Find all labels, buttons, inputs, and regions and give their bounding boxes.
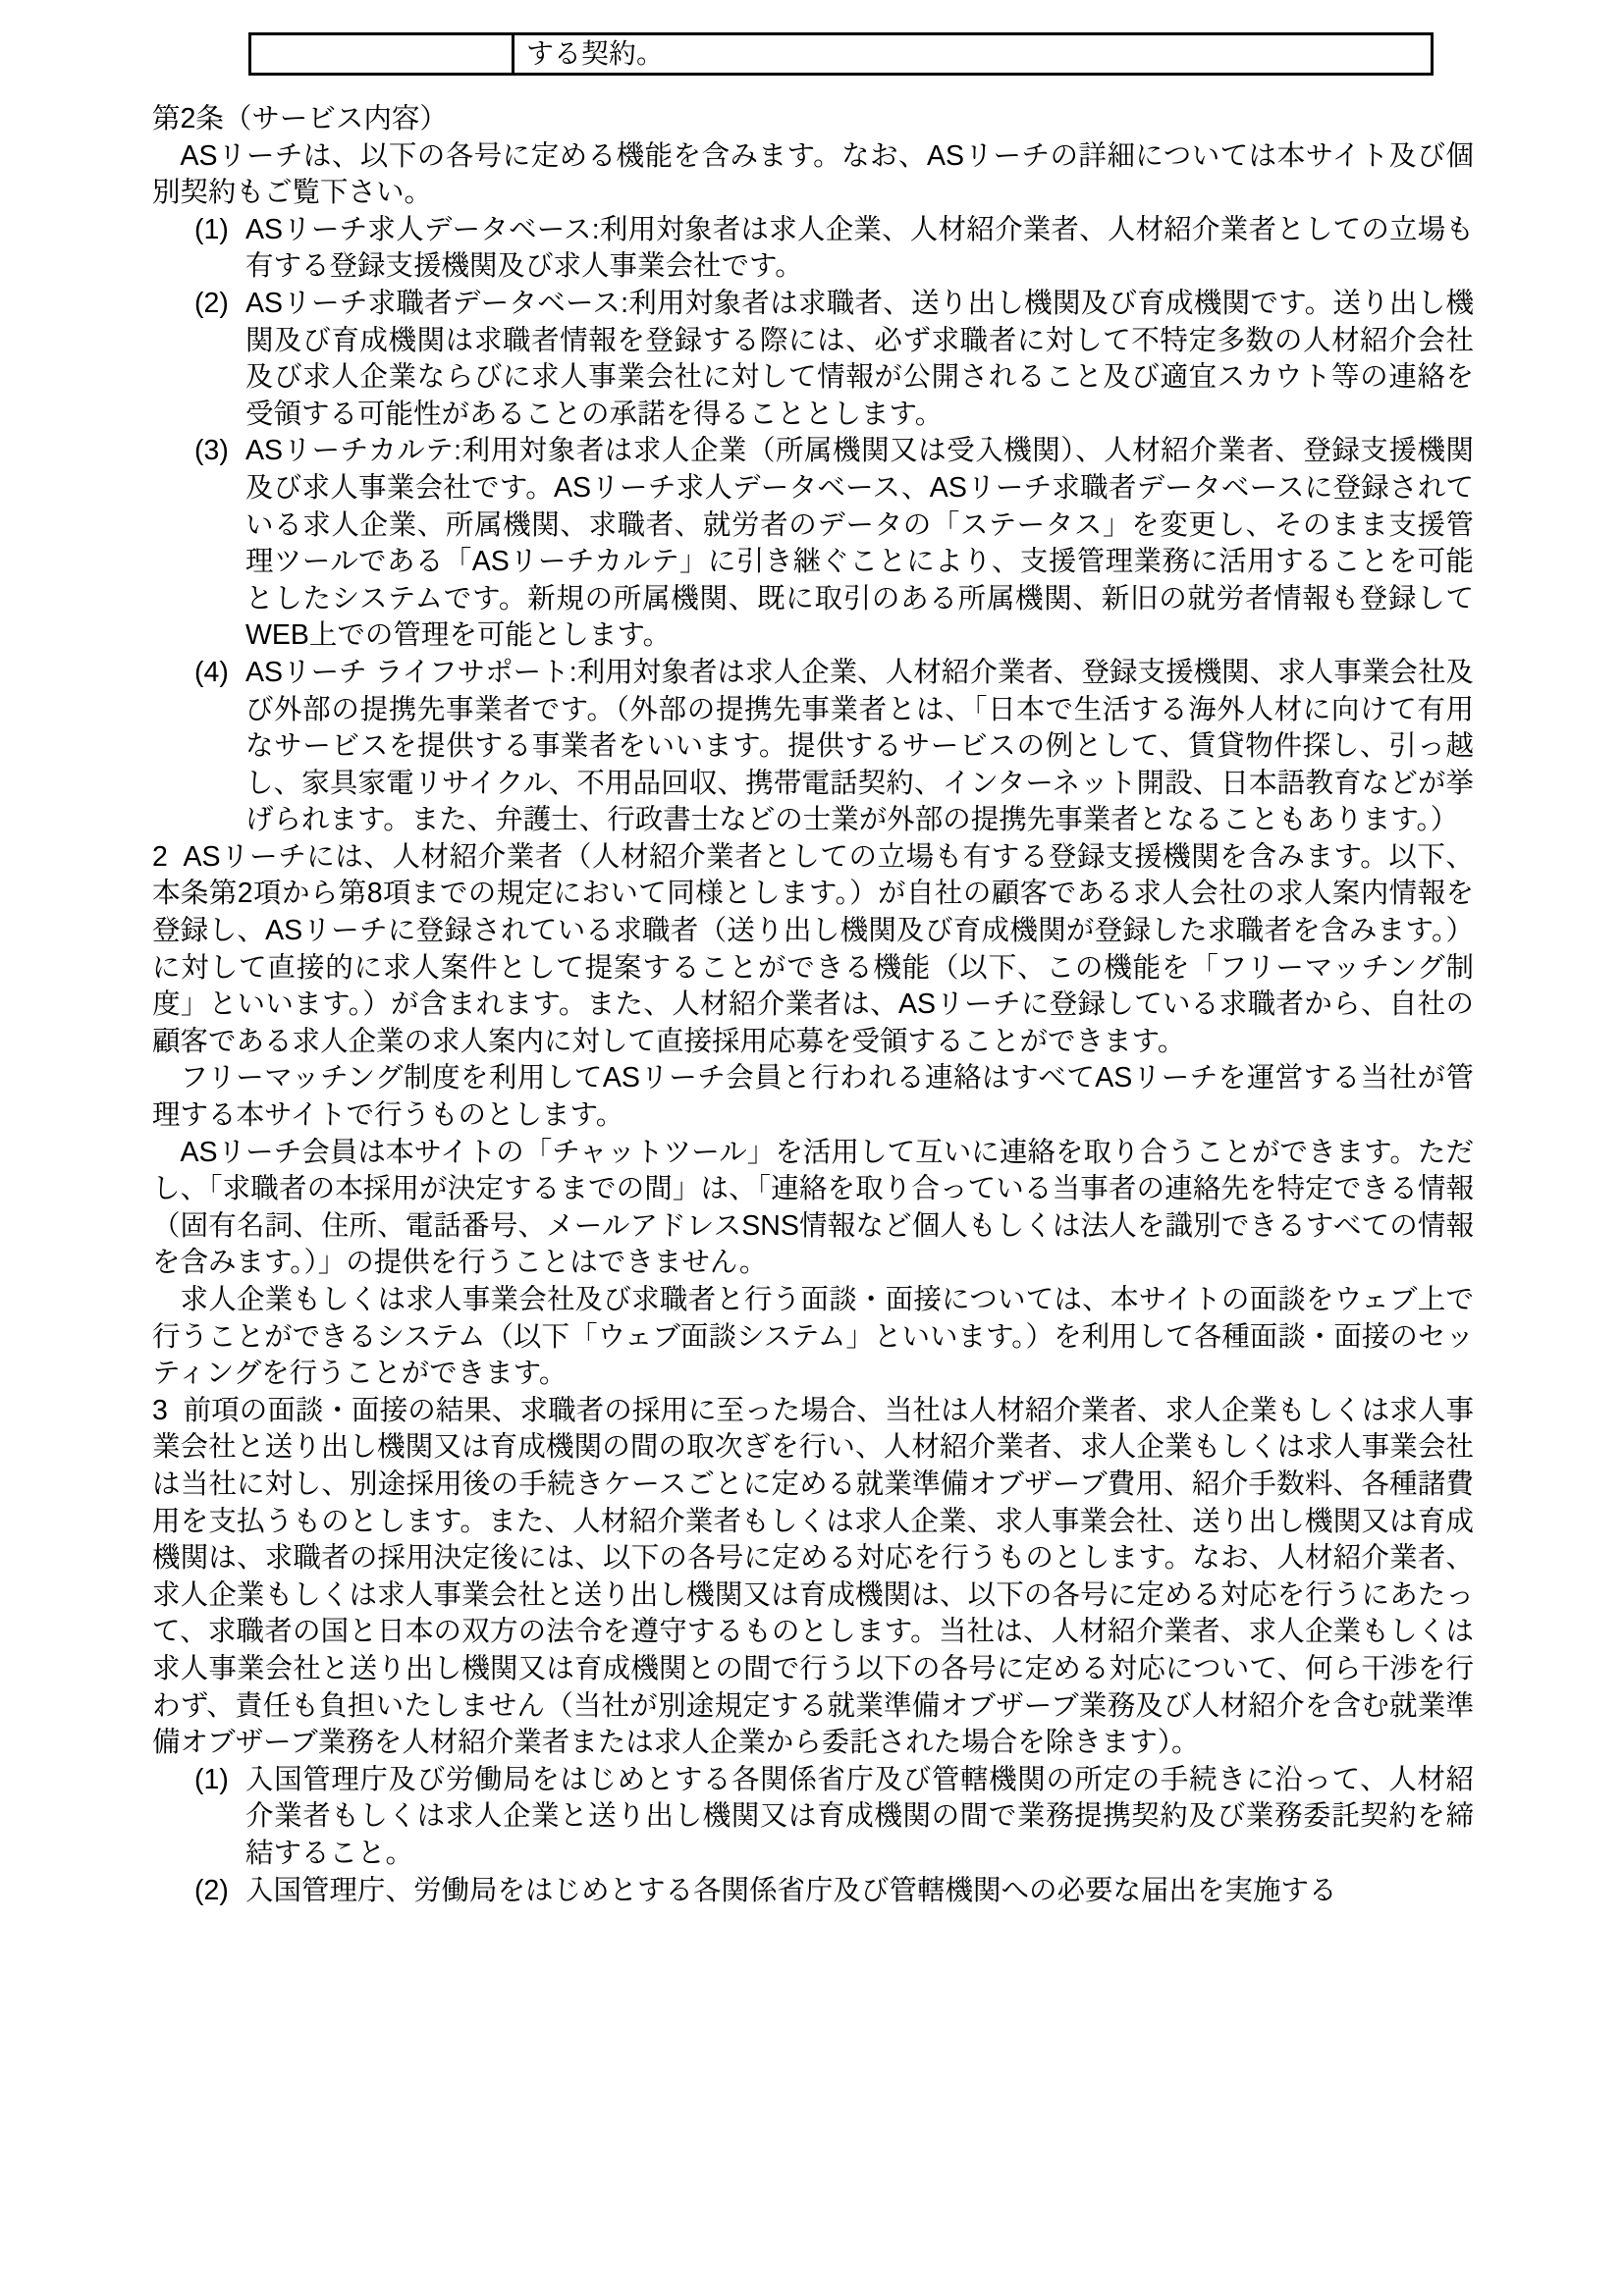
list-item: (2)入国管理庁、労働局をはじめとする各関係省庁及び管轄機関への必要な届出を実施… [152, 1873, 1474, 1910]
item-number: (2) [194, 286, 229, 323]
document-page: する契約。 第2条（サービス内容） ASリーチは、以下の各号に定める機能を含みま… [0, 0, 1624, 2296]
item-number: (3) [194, 433, 229, 470]
table-cell-empty [251, 35, 514, 73]
paragraph-text: ASリーチ会員は本サイトの「チャットツール」を活用して互いに連絡を取り合うことが… [152, 1137, 1474, 1279]
item-number: (1) [194, 1762, 229, 1799]
paragraph-text: ASリーチには、人材紹介業者（人材紹介業者としての立場も有する登録支援機関を含み… [152, 841, 1474, 1057]
paragraph: ASリーチ会員は本サイトの「チャットツール」を活用して互いに連絡を取り合うことが… [152, 1135, 1474, 1282]
list-item: (4)ASリーチ ライフサポート:利用対象者は求人企業、人材紹介業者、登録支援機… [152, 655, 1474, 839]
paragraph: ASリーチは、以下の各号に定める機能を含みます。なお、ASリーチの詳細については… [152, 138, 1474, 212]
paragraph-text: ASリーチ求人データベース:利用対象者は求人企業、人材紹介業者、人材紹介業者とし… [245, 214, 1474, 283]
paragraph-text: フリーマッチング制度を利用してASリーチ会員と行われる連絡はすべてASリーチを運… [152, 1062, 1474, 1131]
paragraph: 求人企業もしくは求人事業会社及び求職者と行う面談・面接については、本サイトの面談… [152, 1282, 1474, 1393]
paragraph-text: ASリーチ ライフサポート:利用対象者は求人企業、人材紹介業者、登録支援機関、求… [245, 657, 1474, 835]
paragraph-text: 前項の面談・面接の結果、求職者の採用に至った場合、当社は人材紹介業者、求人企業も… [152, 1395, 1474, 1758]
list-item: (2)ASリーチ求職者データベース:利用対象者は求職者、送り出し機関及び育成機関… [152, 286, 1474, 433]
article-body: ASリーチは、以下の各号に定める機能を含みます。なお、ASリーチの詳細については… [152, 138, 1474, 1910]
item-number: (4) [194, 655, 229, 692]
article-section: 第2条（サービス内容） ASリーチは、以下の各号に定める機能を含みます。なお、A… [152, 101, 1474, 1909]
paragraph-text: ASリーチ求職者データベース:利用対象者は求職者、送り出し機関及び育成機関です。… [245, 288, 1474, 430]
item-number: (2) [194, 1873, 229, 1910]
paragraph-text: ASリーチカルテ:利用対象者は求人企業（所属機関又は受入機関）、人材紹介業者、登… [245, 435, 1474, 651]
item-number: 2 [152, 841, 168, 873]
article-heading: 第2条（サービス内容） [152, 101, 1474, 138]
paragraph: 3前項の面談・面接の結果、求職者の採用に至った場合、当社は人材紹介業者、求人企業… [152, 1393, 1474, 1762]
item-number: 3 [152, 1395, 168, 1426]
contract-table-fragment: する契約。 [248, 32, 1434, 76]
paragraph: フリーマッチング制度を利用してASリーチ会員と行われる連絡はすべてASリーチを運… [152, 1060, 1474, 1134]
paragraph-text: ASリーチは、以下の各号に定める機能を含みます。なお、ASリーチの詳細については… [152, 140, 1474, 209]
list-item: (1)ASリーチ求人データベース:利用対象者は求人企業、人材紹介業者、人材紹介業… [152, 212, 1474, 286]
paragraph-text: 入国管理庁及び労働局をはじめとする各関係省庁及び管轄機関の所定の手続きに沿って、… [245, 1764, 1474, 1869]
paragraph-text: 求人企業もしくは求人事業会社及び求職者と行う面談・面接については、本サイトの面談… [152, 1284, 1474, 1389]
list-item: (1)入国管理庁及び労働局をはじめとする各関係省庁及び管轄機関の所定の手続きに沿… [152, 1762, 1474, 1873]
item-number: (1) [194, 212, 229, 249]
paragraph: 2ASリーチには、人材紹介業者（人材紹介業者としての立場も有する登録支援機関を含… [152, 839, 1474, 1061]
list-item: (3)ASリーチカルテ:利用対象者は求人企業（所属機関又は受入機関）、人材紹介業… [152, 433, 1474, 655]
paragraph-text: 入国管理庁、労働局をはじめとする各関係省庁及び管轄機関への必要な届出を実施する [245, 1875, 1337, 1906]
table-cell-text: する契約。 [514, 35, 1431, 73]
